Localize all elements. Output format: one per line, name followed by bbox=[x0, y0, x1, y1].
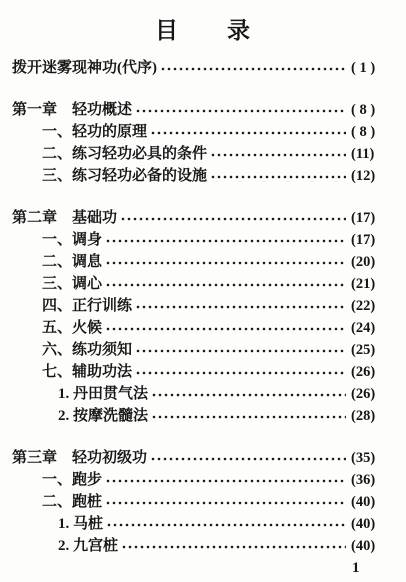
toc-entry-label: 七、辅助功法 bbox=[42, 361, 132, 383]
dot-leader bbox=[135, 295, 346, 317]
toc-entry: 一、跑步(36) bbox=[12, 469, 393, 491]
toc-entry: 二、调息(20) bbox=[12, 251, 393, 273]
book-toc-page: 目 录 拨开迷雾现神功(代序)( 1 )第一章 轻功概述( 8 )一、轻功的原理… bbox=[0, 0, 406, 582]
toc-entry: 一、调身(17) bbox=[12, 229, 393, 251]
toc-entry-label: 2. 九宫桩 bbox=[58, 535, 118, 557]
toc-list: 拨开迷雾现神功(代序)( 1 )第一章 轻功概述( 8 )一、轻功的原理( 8 … bbox=[0, 42, 406, 557]
footer-page-number: 1 bbox=[352, 560, 360, 577]
dot-leader bbox=[120, 207, 346, 229]
toc-entry-page: (17) bbox=[351, 207, 393, 229]
toc-entry-label: 第二章 基础功 bbox=[12, 207, 117, 229]
toc-entry-page: (11) bbox=[351, 143, 393, 165]
toc-entry-page: (40) bbox=[351, 513, 393, 535]
toc-entry-label: 一、调身 bbox=[42, 229, 102, 251]
dot-leader bbox=[105, 317, 346, 339]
toc-entry: 第三章 轻功初级功(35) bbox=[12, 447, 393, 469]
dot-leader bbox=[160, 57, 346, 79]
toc-entry-label: 拨开迷雾现神功(代序) bbox=[12, 57, 157, 79]
dot-leader bbox=[121, 535, 346, 557]
toc-entry: 五、火候(24) bbox=[12, 317, 393, 339]
toc-entry-page: (36) bbox=[351, 469, 393, 491]
dot-leader bbox=[135, 361, 346, 383]
toc-entry: 六、练功须知(25) bbox=[12, 339, 393, 361]
dot-leader bbox=[105, 491, 346, 513]
dot-leader bbox=[151, 383, 346, 405]
toc-entry: 三、调心(21) bbox=[12, 273, 393, 295]
toc-entry: 四、正行训练(22) bbox=[12, 295, 393, 317]
toc-entry-page: ( 8 ) bbox=[351, 99, 393, 121]
toc-entry-label: 六、练功须知 bbox=[42, 339, 132, 361]
dot-leader bbox=[105, 273, 346, 295]
toc-entry: 三、练习轻功必备的设施(12) bbox=[12, 165, 393, 187]
toc-entry-label: 四、正行训练 bbox=[42, 295, 132, 317]
toc-entry-page: (28) bbox=[351, 405, 393, 427]
toc-entry-label: 二、调息 bbox=[42, 251, 102, 273]
toc-entry-label: 1. 丹田贯气法 bbox=[58, 383, 148, 405]
dot-leader bbox=[210, 143, 346, 165]
dot-leader bbox=[105, 229, 346, 251]
toc-entry-page: (20) bbox=[351, 251, 393, 273]
dot-leader bbox=[135, 99, 346, 121]
toc-entry-label: 二、跑桩 bbox=[42, 491, 102, 513]
toc-entry: 七、辅助功法(26) bbox=[12, 361, 393, 383]
toc-entry-page: (24) bbox=[351, 317, 393, 339]
toc-entry-page: (40) bbox=[351, 535, 393, 557]
toc-entry-page: (12) bbox=[351, 165, 393, 187]
toc-entry-label: 1. 马桩 bbox=[58, 513, 103, 535]
toc-entry-page: (40) bbox=[351, 491, 393, 513]
toc-entry-label: 一、跑步 bbox=[42, 469, 102, 491]
toc-entry-label: 三、调心 bbox=[42, 273, 102, 295]
toc-entry: 第一章 轻功概述( 8 ) bbox=[12, 99, 393, 121]
toc-entry-label: 2. 按摩洗髓法 bbox=[58, 405, 148, 427]
toc-entry-label: 第三章 轻功初级功 bbox=[12, 447, 147, 469]
dot-leader bbox=[105, 251, 346, 273]
toc-entry: 第二章 基础功(17) bbox=[12, 207, 393, 229]
toc-entry: 1. 马桩(40) bbox=[12, 513, 393, 535]
toc-entry: 二、练习轻功必具的条件(11) bbox=[12, 143, 393, 165]
toc-entry-page: (35) bbox=[351, 447, 393, 469]
dot-leader bbox=[150, 121, 346, 143]
dot-leader bbox=[150, 447, 346, 469]
toc-entry-page: (22) bbox=[351, 295, 393, 317]
toc-entry-page: (26) bbox=[351, 361, 393, 383]
toc-entry-label: 一、轻功的原理 bbox=[42, 121, 147, 143]
toc-entry: 1. 丹田贯气法(26) bbox=[12, 383, 393, 405]
toc-entry-page: ( 8 ) bbox=[351, 121, 393, 143]
toc-entry: 2. 按摩洗髓法(28) bbox=[12, 405, 393, 427]
toc-entry-page: (26) bbox=[351, 383, 393, 405]
dot-leader bbox=[135, 339, 346, 361]
toc-entry-page: (25) bbox=[351, 339, 393, 361]
toc-entry: 拨开迷雾现神功(代序)( 1 ) bbox=[12, 57, 393, 79]
toc-entry: 2. 九宫桩(40) bbox=[12, 535, 393, 557]
dot-leader bbox=[106, 513, 346, 535]
toc-entry: 一、轻功的原理( 8 ) bbox=[12, 121, 393, 143]
dot-leader bbox=[151, 405, 346, 427]
toc-entry-label: 第一章 轻功概述 bbox=[12, 99, 132, 121]
toc-entry-page: ( 1 ) bbox=[351, 57, 393, 79]
dot-leader bbox=[105, 469, 346, 491]
toc-entry-page: (21) bbox=[351, 273, 393, 295]
dot-leader bbox=[210, 165, 346, 187]
toc-entry-label: 二、练习轻功必具的条件 bbox=[42, 143, 207, 165]
page-title: 目 录 bbox=[0, 0, 406, 42]
toc-entry-label: 三、练习轻功必备的设施 bbox=[42, 165, 207, 187]
toc-entry-label: 五、火候 bbox=[42, 317, 102, 339]
toc-entry: 二、跑桩(40) bbox=[12, 491, 393, 513]
toc-entry-page: (17) bbox=[351, 229, 393, 251]
